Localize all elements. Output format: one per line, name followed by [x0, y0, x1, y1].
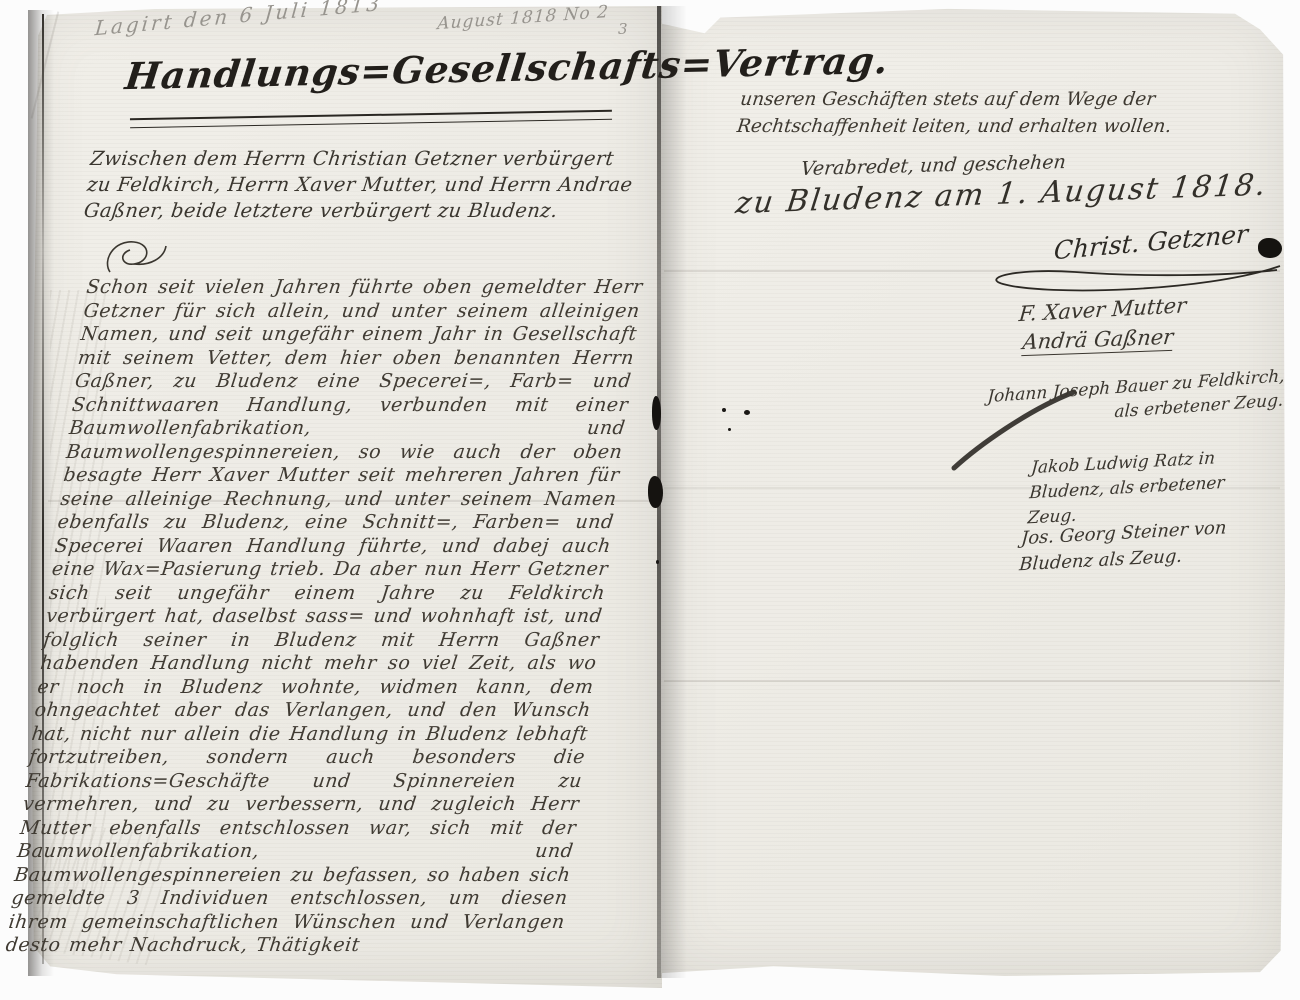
- ink-blot-signature: [1258, 238, 1282, 258]
- paragraph-flourish: [100, 236, 170, 278]
- document-scan: Lagirt den 6 Juli 1813 August 1818 No 2 …: [0, 0, 1300, 1000]
- ink-dot: [744, 410, 750, 415]
- ink-blot: [648, 476, 663, 508]
- continuation-paragraph: unseren Geschäften stets auf dem Wege de…: [735, 86, 1272, 140]
- signature-gassner: Andrä Gaßner: [1021, 325, 1174, 356]
- ink-dot: [728, 428, 731, 431]
- right-page-crease-bottom: [664, 680, 1280, 682]
- page-number: 3: [618, 20, 628, 38]
- ink-dot: [656, 560, 659, 564]
- signature-flourish: [985, 258, 1285, 298]
- parties-paragraph: Zwischen dem Herrn Christian Getzner ver…: [82, 146, 640, 224]
- ink-blot: [652, 396, 661, 430]
- center-fold-shadow: [661, 6, 687, 978]
- ink-dot: [722, 408, 726, 412]
- contract-body-paragraph: Schon seit vielen Jahren führte oben gem…: [4, 276, 644, 958]
